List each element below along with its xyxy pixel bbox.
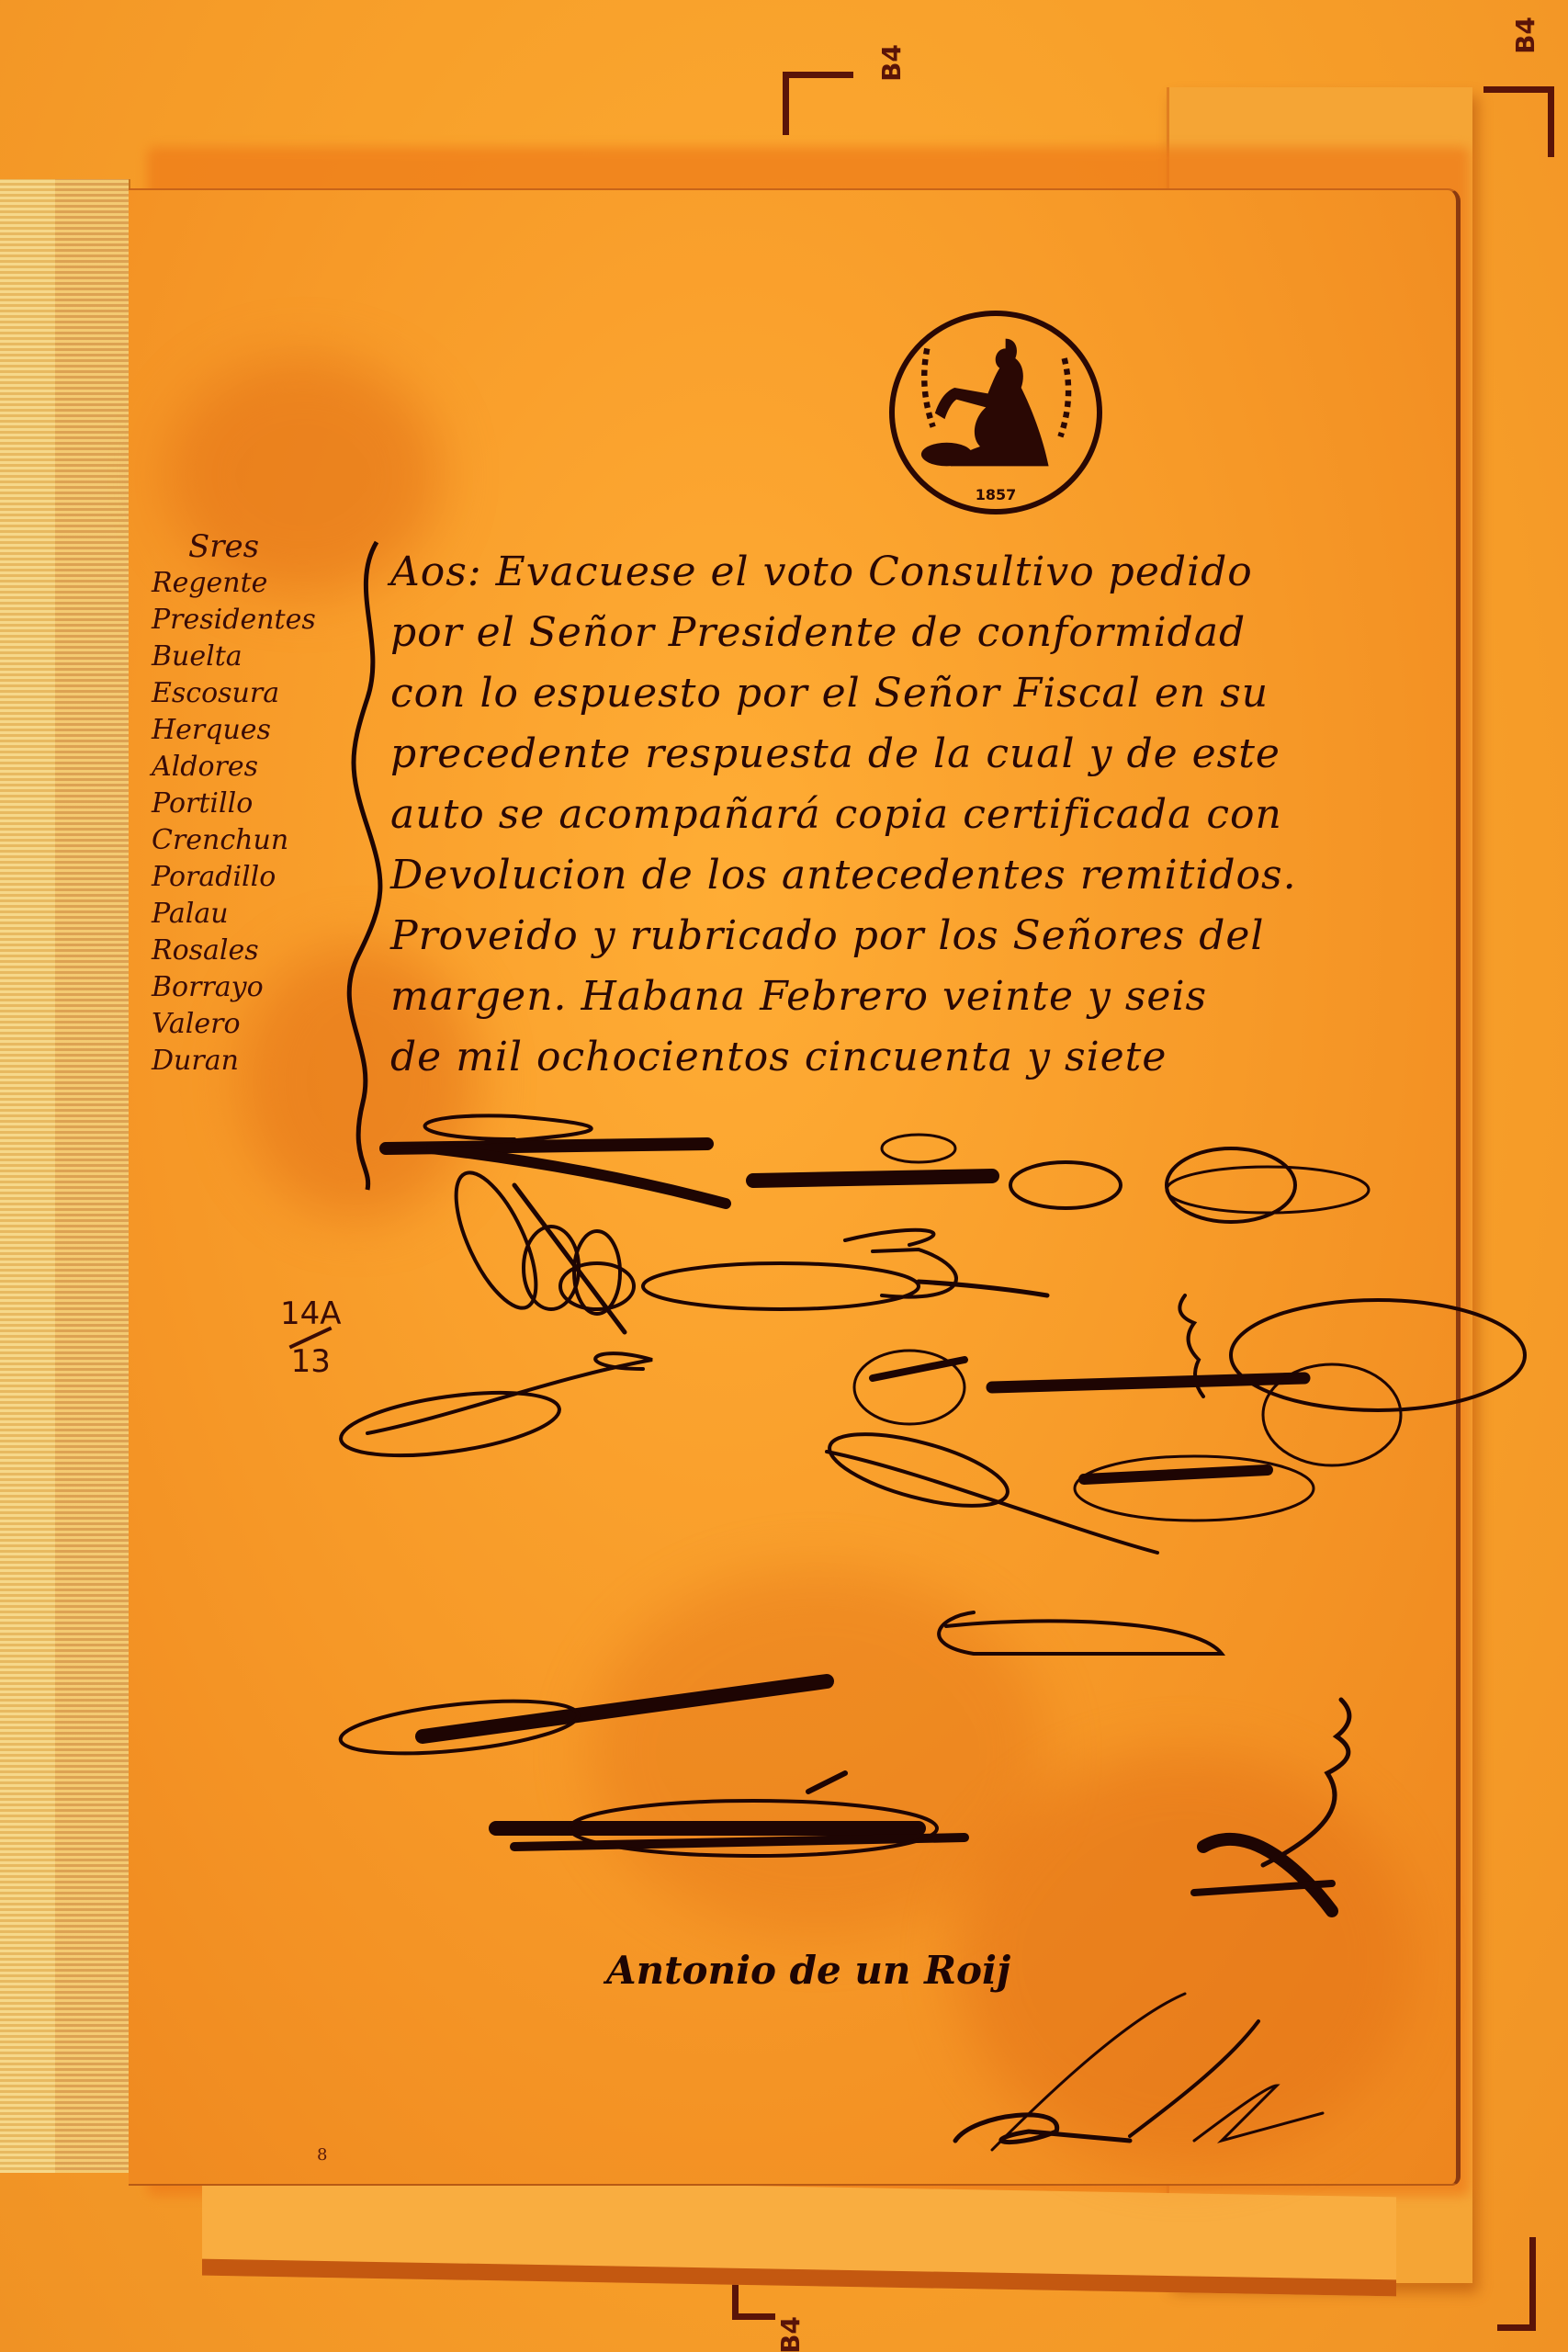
clerk-signature: Antonio de un Roij (606, 1948, 1010, 1993)
page-mark: 8 (317, 2145, 327, 2165)
signature-rubrics (0, 0, 1568, 2352)
